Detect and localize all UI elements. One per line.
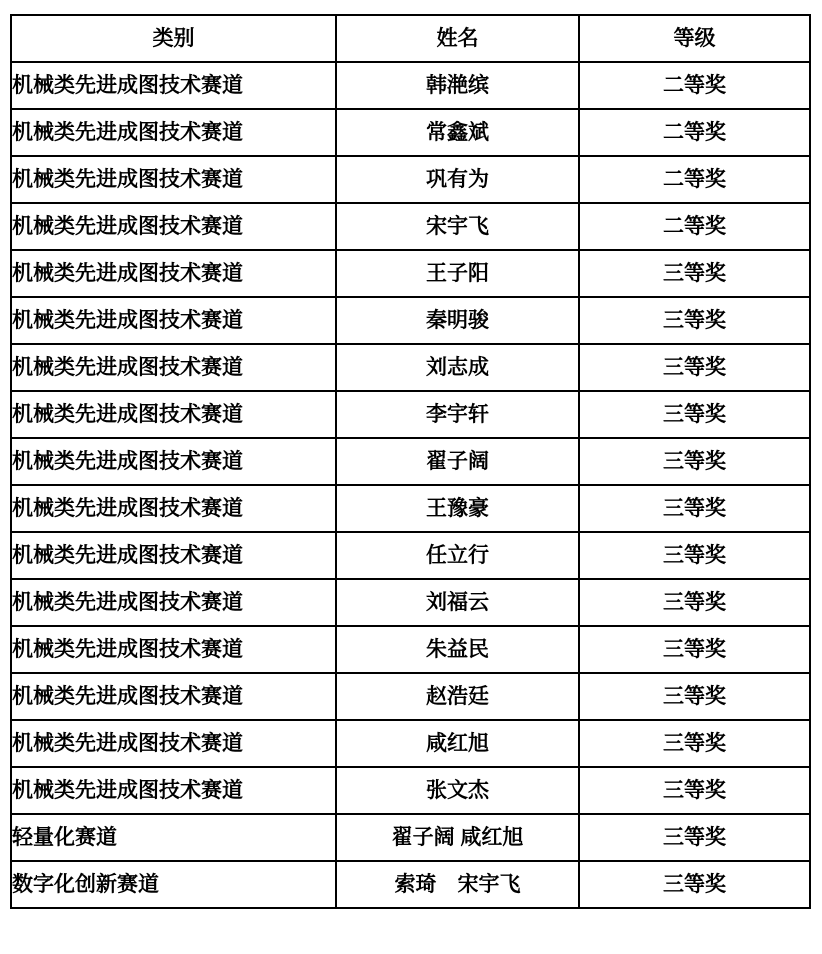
table-row: 机械类先进成图技术赛道刘福云三等奖 [11,579,810,626]
cell-name: 赵浩廷 [336,673,579,720]
cell-category: 机械类先进成图技术赛道 [11,485,336,532]
cell-category: 机械类先进成图技术赛道 [11,62,336,109]
cell-category: 轻量化赛道 [11,814,336,861]
table-row: 机械类先进成图技术赛道韩滟缤二等奖 [11,62,810,109]
cell-grade: 三等奖 [579,250,810,297]
header-row: 类别 姓名 等级 [11,15,810,62]
cell-grade: 三等奖 [579,485,810,532]
cell-name: 常鑫斌 [336,109,579,156]
cell-name: 王子阳 [336,250,579,297]
cell-category: 机械类先进成图技术赛道 [11,297,336,344]
header-name: 姓名 [336,15,579,62]
table-row: 机械类先进成图技术赛道赵浩廷三等奖 [11,673,810,720]
cell-grade: 三等奖 [579,673,810,720]
cell-grade: 三等奖 [579,626,810,673]
table-row: 机械类先进成图技术赛道刘志成三等奖 [11,344,810,391]
cell-grade: 三等奖 [579,861,810,908]
cell-grade: 二等奖 [579,62,810,109]
cell-grade: 三等奖 [579,344,810,391]
table-row: 机械类先进成图技术赛道朱益民三等奖 [11,626,810,673]
table-row: 机械类先进成图技术赛道任立行三等奖 [11,532,810,579]
cell-grade: 三等奖 [579,532,810,579]
cell-grade: 三等奖 [579,438,810,485]
awards-table: 类别 姓名 等级 机械类先进成图技术赛道韩滟缤二等奖机械类先进成图技术赛道常鑫斌… [10,14,811,909]
cell-name: 翟子阔 咸红旭 [336,814,579,861]
table-row: 数字化创新赛道索琦 宋宇飞三等奖 [11,861,810,908]
table-row: 机械类先进成图技术赛道巩有为二等奖 [11,156,810,203]
cell-category: 机械类先进成图技术赛道 [11,391,336,438]
cell-name: 刘志成 [336,344,579,391]
table-row: 机械类先进成图技术赛道李宇轩三等奖 [11,391,810,438]
cell-category: 机械类先进成图技术赛道 [11,532,336,579]
cell-category: 机械类先进成图技术赛道 [11,250,336,297]
table-row: 机械类先进成图技术赛道宋宇飞二等奖 [11,203,810,250]
cell-name: 张文杰 [336,767,579,814]
cell-grade: 三等奖 [579,814,810,861]
cell-grade: 三等奖 [579,391,810,438]
cell-category: 机械类先进成图技术赛道 [11,344,336,391]
table-row: 轻量化赛道翟子阔 咸红旭三等奖 [11,814,810,861]
table-row: 机械类先进成图技术赛道秦明骏三等奖 [11,297,810,344]
cell-name: 刘福云 [336,579,579,626]
cell-name: 索琦 宋宇飞 [336,861,579,908]
cell-grade: 三等奖 [579,579,810,626]
cell-category: 机械类先进成图技术赛道 [11,438,336,485]
table-row: 机械类先进成图技术赛道王子阳三等奖 [11,250,810,297]
cell-name: 咸红旭 [336,720,579,767]
cell-category: 机械类先进成图技术赛道 [11,626,336,673]
cell-grade: 三等奖 [579,297,810,344]
table-row: 机械类先进成图技术赛道咸红旭三等奖 [11,720,810,767]
cell-grade: 二等奖 [579,109,810,156]
table-row: 机械类先进成图技术赛道王豫豪三等奖 [11,485,810,532]
cell-name: 王豫豪 [336,485,579,532]
cell-grade: 二等奖 [579,156,810,203]
cell-category: 机械类先进成图技术赛道 [11,673,336,720]
cell-name: 宋宇飞 [336,203,579,250]
cell-category: 机械类先进成图技术赛道 [11,203,336,250]
cell-category: 机械类先进成图技术赛道 [11,767,336,814]
cell-grade: 三等奖 [579,767,810,814]
cell-name: 韩滟缤 [336,62,579,109]
cell-category: 机械类先进成图技术赛道 [11,579,336,626]
cell-grade: 三等奖 [579,720,810,767]
table-row: 机械类先进成图技术赛道常鑫斌二等奖 [11,109,810,156]
cell-name: 巩有为 [336,156,579,203]
cell-name: 任立行 [336,532,579,579]
cell-category: 机械类先进成图技术赛道 [11,156,336,203]
table-row: 机械类先进成图技术赛道翟子阔三等奖 [11,438,810,485]
table-row: 机械类先进成图技术赛道张文杰三等奖 [11,767,810,814]
cell-name: 秦明骏 [336,297,579,344]
cell-category: 数字化创新赛道 [11,861,336,908]
cell-grade: 二等奖 [579,203,810,250]
header-category: 类别 [11,15,336,62]
header-grade: 等级 [579,15,810,62]
cell-category: 机械类先进成图技术赛道 [11,109,336,156]
cell-name: 翟子阔 [336,438,579,485]
cell-name: 李宇轩 [336,391,579,438]
cell-category: 机械类先进成图技术赛道 [11,720,336,767]
cell-name: 朱益民 [336,626,579,673]
